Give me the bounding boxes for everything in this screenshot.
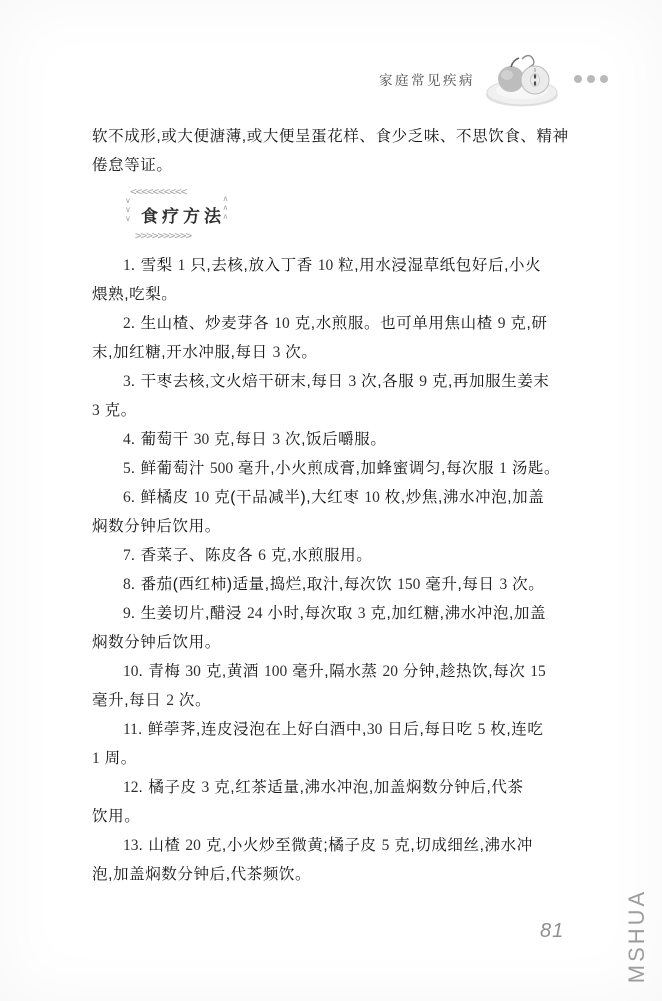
- dot-icon: [600, 75, 608, 83]
- apple-plate-image: [484, 50, 560, 108]
- remedy-item: 3. 干枣去核,文火焙干研末,每日 3 次,各服 9 克,再加服生姜末 3 克。: [92, 367, 582, 425]
- remedy-item: 6. 鲜橘皮 10 克(干品减半),大红枣 10 枚,炒焦,沸水冲泡,加盖 焖数…: [92, 483, 582, 541]
- page-header: 家庭常见疾病: [379, 50, 608, 108]
- section-badge: <<<<<<<<<< ∨ ∨ ∨ ∧ ∧ ∧ >>>>>>>>>> 食疗方法: [125, 188, 231, 240]
- remedy-item: 7. 香菜子、陈皮各 6 克,水煎服用。: [92, 541, 582, 570]
- chevron-left-border: ∨ ∨ ∨: [125, 196, 131, 223]
- remedy-list: 1. 雪梨 1 只,去核,放入丁香 10 粒,用水浸湿草纸包好后,小火 煨熟,吃…: [92, 251, 582, 889]
- page-number: 81: [540, 920, 564, 943]
- page-content: 软不成形,或大便溏薄,或大便呈蛋花样、食少乏味、不思饮食、精神 倦怠等证。 <<…: [92, 122, 582, 889]
- remedy-item: 12. 橘子皮 3 克,红茶适量,沸水冲泡,加盖焖数分钟后,代茶 饮用。: [92, 773, 582, 831]
- book-page: 家庭常见疾病 软不成形,或大便溏薄,或大便呈蛋花样、食少乏味、不思饮食、精: [0, 0, 662, 1001]
- remedy-item: 2. 生山楂、炒麦芽各 10 克,水煎服。也可单用焦山楂 9 克,研 末,加红糖…: [92, 309, 582, 367]
- remedy-item: 10. 青梅 30 克,黄酒 100 毫升,隔水蒸 20 分钟,趁热饮,每次 1…: [92, 657, 582, 715]
- remedy-item: 5. 鲜葡萄汁 500 毫升,小火煎成膏,加蜂蜜调匀,每次服 1 汤匙。: [92, 454, 582, 483]
- dot-icon: [574, 75, 582, 83]
- remedy-item: 11. 鲜荸荠,连皮浸泡在上好白酒中,30 日后,每日吃 5 枚,连吃 1 周。: [92, 715, 582, 773]
- book-title: 家庭常见疾病: [379, 69, 475, 89]
- chevron-bottom-border: >>>>>>>>>>: [135, 231, 191, 241]
- dot-icon: [587, 75, 595, 83]
- intro-paragraph: 软不成形,或大便溏薄,或大便呈蛋花样、食少乏味、不思饮食、精神 倦怠等证。: [92, 122, 582, 180]
- remedy-item: 8. 番茄(西红柿)适量,捣烂,取汁,每次饮 150 毫升,每日 3 次。: [92, 570, 582, 599]
- watermark-text: MSHUA: [622, 866, 652, 1001]
- remedy-item: 1. 雪梨 1 只,去核,放入丁香 10 粒,用水浸湿草纸包好后,小火 煨熟,吃…: [92, 251, 582, 309]
- ellipsis-icon: [574, 75, 608, 83]
- remedy-item: 13. 山楂 20 克,小火炒至微黄;橘子皮 5 克,切成细丝,沸水冲 泡,加盖…: [92, 831, 582, 889]
- remedy-item: 4. 葡萄干 30 克,每日 3 次,饭后嚼服。: [92, 425, 582, 454]
- chevron-top-border: <<<<<<<<<<: [130, 187, 186, 197]
- section-title: 食疗方法: [141, 202, 225, 231]
- remedy-item: 9. 生姜切片,醋浸 24 小时,每次取 3 克,加红糖,沸水冲泡,加盖 焖数分…: [92, 599, 582, 657]
